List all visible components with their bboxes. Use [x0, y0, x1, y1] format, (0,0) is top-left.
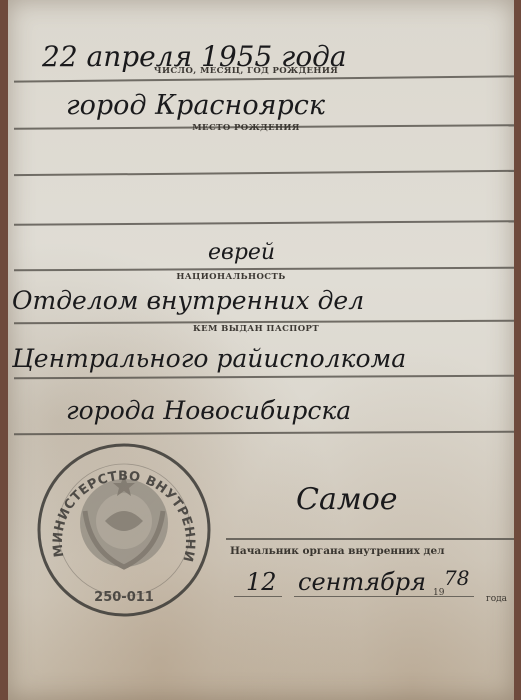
- day-rule: [234, 596, 282, 597]
- rule-line: [14, 75, 514, 82]
- issue-year-suffix: года: [486, 594, 507, 604]
- rule-line: [14, 375, 514, 379]
- issued-by-caption: КЕМ ВЫДАН ПАСПОРТ: [0, 324, 514, 334]
- issue-year: 78: [444, 566, 469, 590]
- ministry-stamp: МИНИСТЕРСТВО ВНУТРЕННИХ ДЕЛ СССР 250-011: [35, 441, 213, 619]
- issue-month: сентября: [298, 568, 426, 596]
- issued-by-line1: Отделом внутренних дел: [12, 286, 364, 315]
- rule-line: [14, 170, 514, 176]
- birth-place-caption: МЕСТО РОЖДЕНИЯ: [0, 123, 514, 133]
- signature-caption: Начальник органа внутренних дел: [230, 545, 445, 557]
- birth-date-caption: ЧИСЛО, МЕСЯЦ, ГОД РОЖДЕНИЯ: [0, 66, 514, 76]
- signature-handwritten: Самое: [296, 482, 398, 517]
- nationality-caption: НАЦИОНАЛЬНОСТЬ: [0, 272, 514, 282]
- passport-page: 22 апреля 1955 года ЧИСЛО, МЕСЯЦ, ГОД РО…: [8, 0, 514, 700]
- nationality-handwritten: еврей: [208, 240, 275, 265]
- rule-line: [14, 220, 514, 225]
- stamp-code: 250-011: [94, 590, 154, 605]
- issued-by-line2: Центрального райисполкома: [12, 344, 406, 373]
- birth-place-handwritten: город Красноярск: [66, 90, 325, 121]
- rule-line: [14, 267, 514, 271]
- month-rule: [294, 596, 474, 597]
- issue-day: 12: [246, 568, 277, 596]
- issued-by-line3: города Новосибирска: [66, 396, 351, 425]
- signature-rule: [226, 538, 514, 540]
- rule-line: [14, 431, 514, 435]
